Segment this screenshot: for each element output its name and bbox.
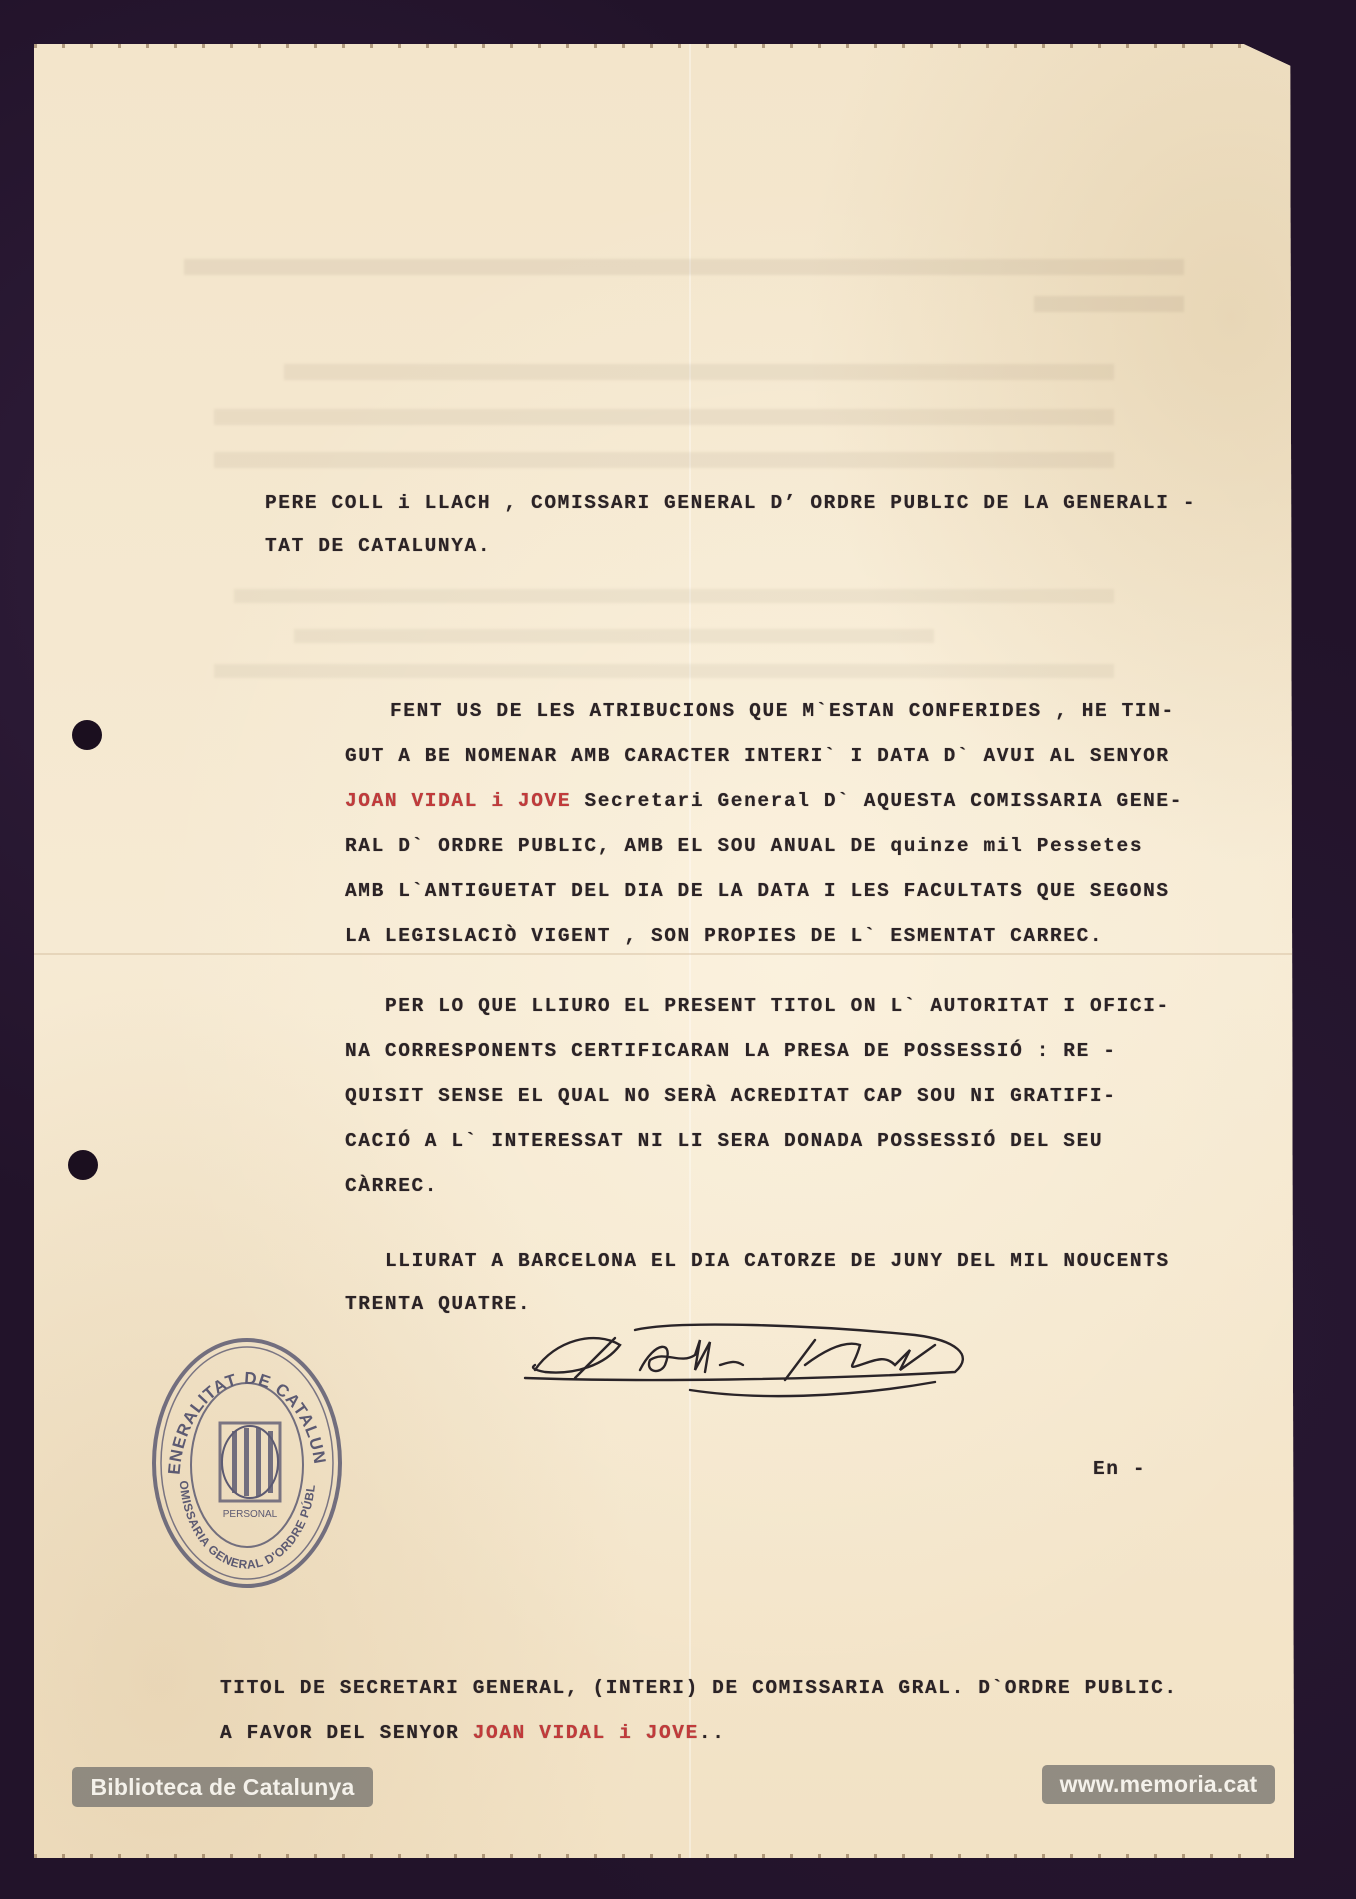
paragraph3-line: TRENTA QUATRE. [345,1293,531,1315]
paragraph2-line: PER LO QUE LLIURO EL PRESENT TITOL ON L`… [385,995,1170,1017]
fold-line-horizontal [34,953,1294,955]
official-stamp: GENERALITAT DE CATALUNYA COMISSARIA GENE… [150,1335,345,1590]
continuation-marker: En - [1093,1458,1146,1480]
paragraph1-line: GUT A BE NOMENAR AMB CARACTER INTERI` I … [345,745,1170,767]
generalitat-seal-icon: GENERALITAT DE CATALUNYA COMISSARIA GENE… [150,1335,345,1590]
bleed-through-text [214,409,1114,425]
paragraph1-line: AMB L`ANTIGUETAT DEL DIA DE LA DATA I LE… [345,880,1170,902]
paragraph2-line: NA CORRESPONENTS CERTIFICARAN LA PRESA D… [345,1040,1117,1062]
footer-appointee-name: JOAN VIDAL i JOVE [473,1722,699,1744]
punch-hole [68,1150,98,1180]
svg-text:PERSONAL: PERSONAL [223,1509,278,1520]
library-watermark-badge: Biblioteca de Catalunya [72,1767,373,1807]
bleed-through-text [284,364,1114,380]
signature [515,1310,985,1410]
heading-line-2: TAT DE CATALUNYA. [265,535,491,557]
salary-amount: quinze mil Pessetes [890,835,1143,857]
heading-line-1: PERE COLL i LLACH , COMISSARI GENERAL D’… [265,492,1196,514]
punch-hole [72,720,102,750]
handwritten-signature-icon [515,1310,985,1410]
appointee-name: JOAN VIDAL i JOVE [345,790,571,812]
paragraph2-line: QUISIT SENSE EL QUAL NO SERÀ ACREDITAT C… [345,1085,1117,1107]
paragraph2-line: CÀRREC. [345,1175,438,1197]
footer-text: A FAVOR DEL SENYOR [220,1722,473,1744]
paper-edge-bottom [34,1854,1294,1858]
paragraph1-text: Secretari General D` AQUESTA COMISSARIA … [571,790,1183,812]
bleed-through-text [184,259,1184,275]
bleed-through-text [214,452,1114,468]
bleed-through-text [214,664,1114,678]
paper-edge-top [34,44,1294,48]
paragraph1-line: JOAN VIDAL i JOVE Secretari General D` A… [345,790,1183,812]
paragraph3-line: LLIURAT A BARCELONA EL DIA CATORZE DE JU… [385,1250,1170,1272]
paragraph1-line: FENT US DE LES ATRIBUCIONS QUE M`ESTAN C… [390,700,1175,722]
paragraph1-line: LA LEGISLACIÒ VIGENT , SON PROPIES DE L`… [345,925,1103,947]
bleed-through-text [1034,296,1184,312]
paragraph2-line: CACIÓ A L` INTERESSAT NI LI SERA DONADA … [345,1130,1103,1152]
paragraph1-line: RAL D` ORDRE PUBLIC, AMB EL SOU ANUAL DE… [345,835,1143,857]
fold-line-vertical [689,44,691,1858]
footer-title-line-2: A FAVOR DEL SENYOR JOAN VIDAL i JOVE.. [220,1722,726,1744]
bleed-through-text [294,629,934,643]
footer-text: .. [699,1722,726,1744]
bleed-through-text [234,589,1114,603]
paragraph1-text: RAL D` ORDRE PUBLIC, AMB EL SOU ANUAL DE [345,835,890,857]
website-watermark-badge: www.memoria.cat [1042,1765,1275,1804]
footer-title-line-1: TITOL DE SECRETARI GENERAL, (INTERI) DE … [220,1677,1178,1699]
